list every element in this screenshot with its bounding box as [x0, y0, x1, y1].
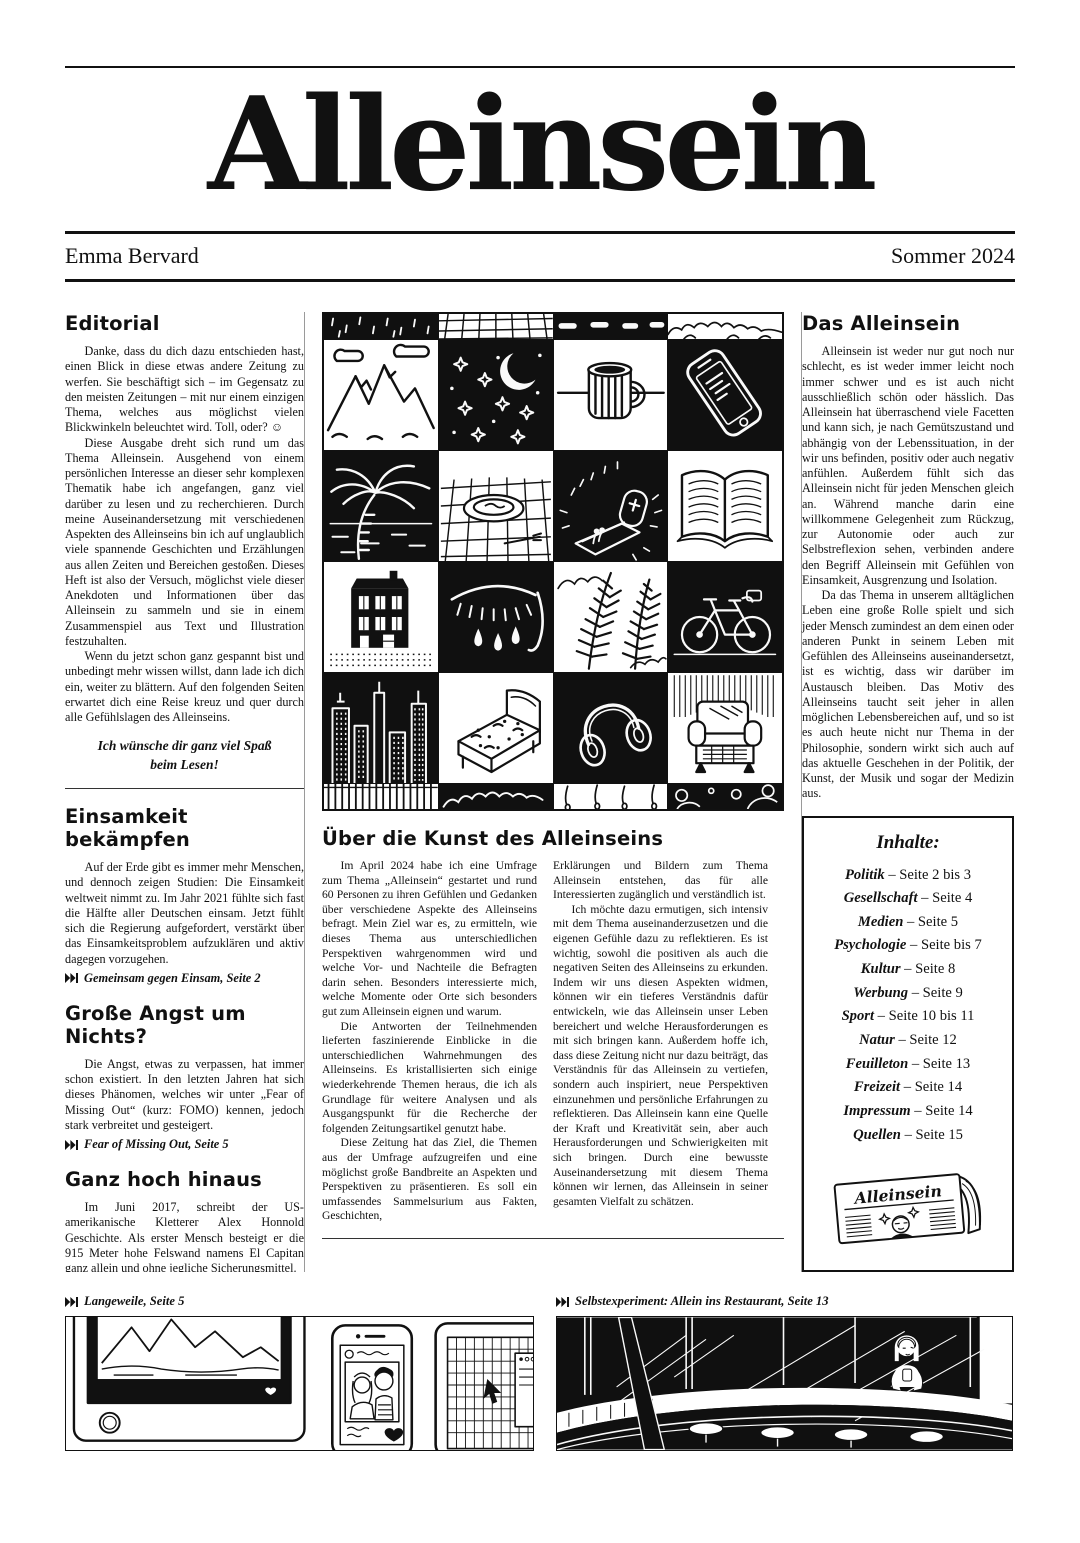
bushes-strip-icon — [668, 314, 782, 339]
masthead: Alleinsein Emma Bervard Sommer 2024 — [0, 66, 1080, 282]
footer-teasers: Langeweile, Seite 5 — [65, 1294, 1015, 1451]
open-book-icon — [668, 451, 782, 561]
skip-forward-icon — [65, 1297, 78, 1307]
page-ref-label: Fear of Missing Out, Seite 5 — [84, 1137, 229, 1152]
editorial-paragraph: Wenn du jetzt schon ganz gespannt bist u… — [65, 649, 304, 725]
toc-item-impressum[interactable]: Impressum – Seite 14 — [814, 1100, 1002, 1124]
center-article-col1: Im April 2024 habe ich eine Umfrage zum … — [322, 859, 537, 1224]
teaser-right: Selbstexperiment: Allein ins Restaurant,… — [556, 1294, 1013, 1451]
main-columns: Editorial Danke, dass du dich dazu entsc… — [65, 282, 1015, 1272]
page-ref-langeweile[interactable]: Langeweile, Seite 5 — [65, 1294, 534, 1309]
center-article-col2: Erklärungen und Bildern zum Thema Allein… — [553, 859, 768, 1224]
article-paragraph: Die Antworten der Teilnehmenden lieferte… — [322, 1020, 537, 1137]
mountains-icon — [324, 340, 438, 450]
bed-icon — [439, 673, 553, 783]
toc-item-politik[interactable]: Politik – Seite 2 bis 3 — [814, 864, 1002, 888]
palm-beach-icon — [324, 451, 438, 561]
bush-strip-icon — [439, 784, 553, 809]
bicycle-icon — [668, 562, 782, 672]
illustration-grid — [322, 312, 784, 811]
newspaper-page: Alleinsein Emma Bervard Sommer 2024 Edit… — [0, 0, 1080, 1543]
article-paragraph: Ich möchte dazu ermutigen, sich intensiv… — [553, 903, 768, 1209]
center-column: Über die Kunst des Alleinseins Im April … — [305, 312, 801, 1272]
page-ref-gemeinsam[interactable]: Gemeinsam gegen Einsam, Seite 2 — [65, 971, 304, 986]
rain-eye-icon — [439, 562, 553, 672]
toc-item-psychologie[interactable]: Psychologie – Seite bis 7 — [814, 934, 1002, 958]
armchair-icon — [668, 673, 782, 783]
toc-item-freizeit[interactable]: Freizeit – Seite 14 — [814, 1076, 1002, 1100]
coffee-mug-icon — [554, 340, 668, 450]
center-article-columns: Im April 2024 habe ich eine Umfrage zum … — [322, 859, 784, 1224]
ferns-icon — [554, 562, 668, 672]
toc-item-medien[interactable]: Medien – Seite 5 — [814, 911, 1002, 935]
fence-strip-icon — [324, 784, 438, 809]
right-column: Das Alleinsein Alleinsein ist weder nur … — [802, 312, 1014, 1272]
section-heading-einsamkeit: Einsamkeit bekämpfen — [65, 805, 304, 851]
newspaper-illustration: Alleinsein — [815, 1155, 1001, 1253]
skip-forward-icon — [65, 1140, 78, 1150]
editorial-signoff: Ich wünsche dir ganz viel Spaß beim Lese… — [83, 737, 286, 773]
drops-strip-icon — [554, 784, 668, 809]
toc-item-natur[interactable]: Natur – Seite 12 — [814, 1029, 1002, 1053]
author-name: Emma Bervard — [65, 243, 199, 269]
night-sky-icon — [439, 340, 553, 450]
issue-date: Sommer 2024 — [891, 243, 1015, 269]
skip-forward-icon — [556, 1297, 569, 1307]
toc-item-feuilleton[interactable]: Feuilleton – Seite 13 — [814, 1053, 1002, 1077]
screens-illustration — [65, 1316, 534, 1451]
editorial-paragraph: Diese Ausgabe dreht sich rund um das The… — [65, 436, 304, 650]
editorial-heading: Editorial — [65, 312, 304, 335]
toc-item-sport[interactable]: Sport – Seite 10 bis 11 — [814, 1005, 1002, 1029]
skip-forward-icon — [65, 973, 78, 983]
teaser-caption-label: Selbstexperiment: Allein ins Restaurant,… — [575, 1294, 829, 1309]
road-strip-icon — [554, 314, 668, 339]
headphones-icon — [554, 673, 668, 783]
right-article-paragraph: Da das Thema in unserem alltäglichen Leb… — [802, 588, 1014, 802]
section-heading-freesolo: Ganz hoch hinaus — [65, 1168, 304, 1191]
right-article-heading: Das Alleinsein — [802, 312, 1014, 335]
article-paragraph: Erklärungen und Bildern zum Thema Allein… — [553, 859, 768, 903]
picnic-blanket-icon — [439, 451, 553, 561]
toc-item-kultur[interactable]: Kultur – Seite 8 — [814, 958, 1002, 982]
restaurant-illustration — [556, 1316, 1013, 1451]
byline-row: Emma Bervard Sommer 2024 — [65, 234, 1015, 279]
contents-box: Inhalte: Politik – Seite 2 bis 3 Gesells… — [802, 816, 1014, 1273]
city-skyline-icon — [324, 673, 438, 783]
tablecloth-strip-icon — [439, 314, 553, 339]
article-paragraph: Im April 2024 habe ich eine Umfrage zum … — [322, 859, 537, 1020]
page-ref-label: Gemeinsam gegen Einsam, Seite 2 — [84, 971, 261, 986]
teaser-left: Langeweile, Seite 5 — [65, 1294, 534, 1451]
bubbles-strip-icon — [668, 784, 782, 809]
section-divider — [322, 1238, 784, 1240]
article-paragraph: Diese Zeitung hat das Ziel, die Themen a… — [322, 1136, 537, 1224]
toc-item-gesellschaft[interactable]: Gesellschaft – Seite 4 — [814, 887, 1002, 911]
teaser-caption-label: Langeweile, Seite 5 — [84, 1294, 184, 1309]
section-divider — [65, 788, 304, 790]
section-body: Im Juni 2017, schreibt der US-amerikanis… — [65, 1200, 304, 1272]
section-body: Die Angst, etwas zu verpassen, hat immer… — [65, 1057, 304, 1133]
masthead-title: Alleinsein — [65, 70, 1015, 221]
left-column: Editorial Danke, dass du dich dazu entsc… — [65, 312, 304, 1272]
smartphone-icon — [668, 340, 782, 450]
center-article-heading: Über die Kunst des Alleinseins — [322, 827, 784, 850]
grave-icon — [554, 451, 668, 561]
top-rule — [65, 66, 1015, 68]
page-ref-selbstexperiment[interactable]: Selbstexperiment: Allein ins Restaurant,… — [556, 1294, 1013, 1309]
house-icon — [324, 562, 438, 672]
section-heading-fomo: Große Angst um Nichts? — [65, 1002, 304, 1048]
editorial-paragraph: Danke, dass du dich dazu entschieden has… — [65, 344, 304, 436]
toc-item-werbung[interactable]: Werbung – Seite 9 — [814, 982, 1002, 1006]
page-ref-fomo[interactable]: Fear of Missing Out, Seite 5 — [65, 1137, 304, 1152]
contents-title: Inhalte: — [814, 832, 1002, 854]
right-article-paragraph: Alleinsein ist weder nur gut noch nur sc… — [802, 344, 1014, 588]
rain-strip-icon — [324, 314, 438, 339]
toc-item-quellen[interactable]: Quellen – Seite 15 — [814, 1124, 1002, 1148]
section-body: Auf der Erde gibt es immer mehr Menschen… — [65, 860, 304, 967]
